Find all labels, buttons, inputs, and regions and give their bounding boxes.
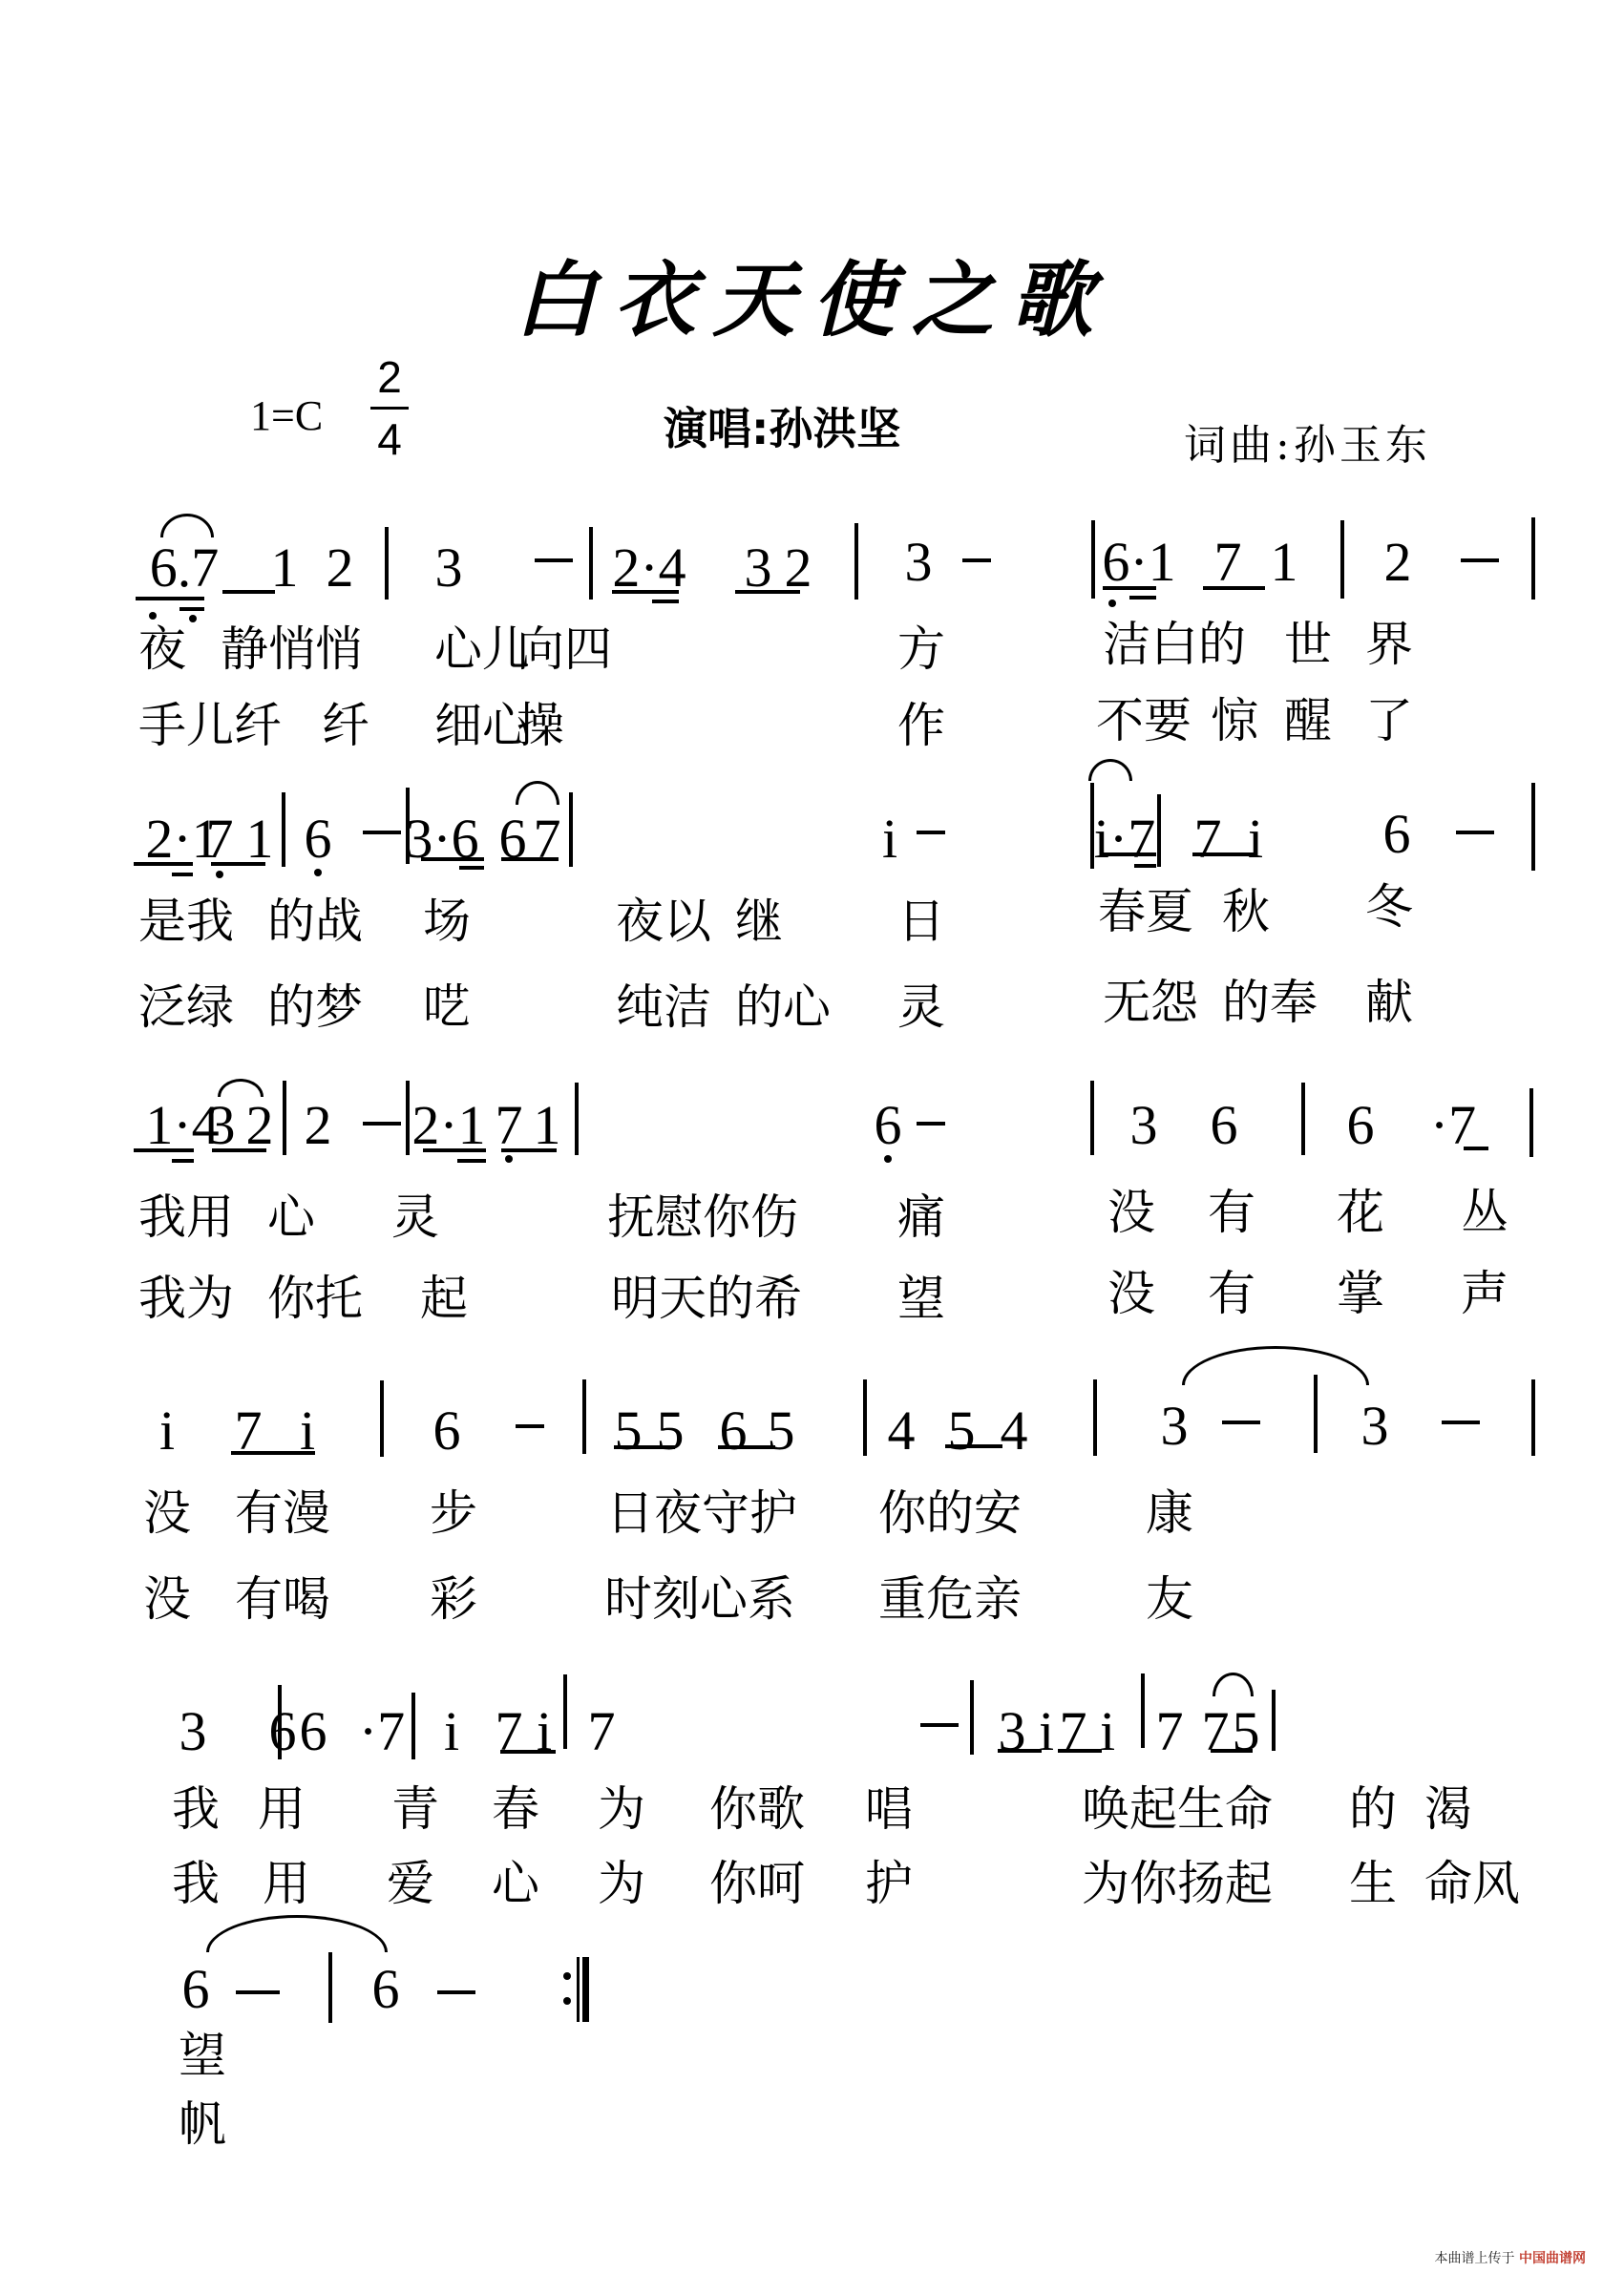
note: 2 <box>327 540 354 596</box>
sheet-music-page: 白衣天使之歌 1=C 2 4 演唱:孙洪坚 词曲:孙玉东 6.7 1 2 3 2… <box>0 0 1624 2273</box>
note: 2 <box>246 1098 274 1153</box>
underline <box>136 597 204 600</box>
low-octave-dot <box>884 1155 892 1163</box>
underline <box>945 1444 1002 1448</box>
lyric: 没 <box>1107 1189 1155 1236</box>
barline <box>1531 783 1535 871</box>
lyric: 心 <box>492 1860 539 1907</box>
underline <box>718 1445 775 1449</box>
lyric: 起 <box>420 1274 468 1322</box>
note: 2 <box>785 540 812 596</box>
barline <box>380 1380 384 1457</box>
note: 3 <box>905 535 933 590</box>
note: 2·4 <box>612 540 685 596</box>
note: 6 <box>269 1704 297 1759</box>
low-octave-dot <box>216 871 223 878</box>
sustain-dash <box>917 831 945 834</box>
sustain-dash <box>437 1990 475 1994</box>
barline <box>1301 1083 1305 1155</box>
lyric: 没 <box>143 1575 191 1623</box>
underline <box>222 590 275 594</box>
note: 3 <box>1361 1399 1389 1454</box>
underline <box>179 607 204 611</box>
underline <box>1203 586 1265 590</box>
note: 6 <box>1347 1098 1375 1153</box>
underline <box>998 1749 1042 1753</box>
lyric: 我用 <box>138 1193 234 1241</box>
lyric: 命风 <box>1424 1860 1520 1907</box>
sustain-dash <box>1461 558 1499 562</box>
barline <box>582 1379 586 1454</box>
lyric: 献 <box>1365 979 1413 1026</box>
lyric: 纤 <box>322 702 369 749</box>
note: 6 <box>720 1403 748 1459</box>
lyric: 作 <box>897 702 945 749</box>
lyric: 的奉 <box>1222 979 1318 1026</box>
barline <box>1141 1673 1145 1748</box>
note: i·7 <box>1094 811 1155 867</box>
note: i <box>1248 811 1263 867</box>
note: 4 <box>1001 1403 1028 1459</box>
note: 7 <box>206 811 234 867</box>
underline <box>1134 864 1156 868</box>
site-brand[interactable]: 中国曲谱网 <box>1519 2251 1586 2266</box>
note: 5 <box>948 1403 976 1459</box>
lyric: 青 <box>391 1785 439 1833</box>
slur-icon <box>1213 1673 1254 1696</box>
lyric: 夜 <box>138 625 186 673</box>
barline <box>411 1693 415 1759</box>
lyric: 泛绿 <box>138 983 234 1031</box>
lyric: 醒 <box>1284 697 1332 745</box>
lyric: 望 <box>179 2031 226 2079</box>
lyric: 春 <box>492 1785 539 1833</box>
barline <box>282 792 285 867</box>
lyric: 我为 <box>138 1274 234 1322</box>
lyric: 方 <box>897 625 945 673</box>
note: i <box>444 1704 459 1759</box>
sustain-dash <box>1442 1421 1480 1424</box>
lyric: 时刻心系 <box>604 1575 795 1623</box>
note: 7 <box>496 1098 523 1153</box>
note: 1 <box>534 1098 561 1153</box>
lyric: 世 <box>1284 621 1332 668</box>
lyric: 彩 <box>430 1575 477 1623</box>
lyric: 渴 <box>1424 1785 1472 1833</box>
lyric: 静悄 <box>221 625 316 673</box>
lyric: 场 <box>423 897 471 945</box>
note: 5 <box>657 1403 685 1459</box>
lyric: 秋 <box>1222 888 1270 936</box>
note: 5 <box>768 1403 795 1459</box>
lyric: 有 <box>1208 1189 1255 1236</box>
lyric: 明天的希 <box>611 1274 802 1322</box>
time-signature-denominator: 4 <box>370 417 409 461</box>
sustain-dash <box>535 558 573 562</box>
underline <box>1101 852 1156 856</box>
lyric: 步 <box>430 1489 477 1537</box>
lyric: 友 <box>1146 1575 1193 1623</box>
underline <box>501 1148 557 1152</box>
note: 6 <box>875 1098 902 1153</box>
lyric: 我 <box>172 1785 220 1833</box>
underline <box>172 1159 194 1163</box>
lyric: 爱 <box>387 1860 434 1907</box>
note: ·7 <box>359 1704 405 1759</box>
lyric: 为 <box>598 1785 645 1833</box>
lyric: 声 <box>1461 1270 1508 1317</box>
underline <box>134 1148 194 1152</box>
lyric: 冬 <box>1365 883 1413 931</box>
underline <box>1211 1749 1253 1753</box>
note: 3 <box>1161 1399 1189 1454</box>
barline <box>1314 1375 1318 1453</box>
note: 1 <box>1271 535 1298 590</box>
sustain-dash <box>363 831 401 834</box>
lyric: 的 <box>1349 1785 1397 1833</box>
underline <box>652 600 679 603</box>
tie-icon <box>206 1915 388 1952</box>
underline <box>500 1750 556 1754</box>
sustain-dash <box>516 1424 544 1428</box>
note: 4 <box>888 1403 916 1459</box>
note: 1 <box>246 811 274 867</box>
note: 3 <box>1130 1098 1158 1153</box>
sustain-dash <box>962 558 991 562</box>
lyric: 心 <box>267 1193 315 1241</box>
sustain-dash <box>917 1122 945 1126</box>
underline <box>421 857 484 861</box>
barline <box>1272 1690 1276 1751</box>
barline <box>854 523 858 600</box>
note: 5 <box>615 1403 643 1459</box>
lyric: 丛 <box>1461 1189 1508 1236</box>
underline <box>457 1159 486 1163</box>
lyric: 了 <box>1365 697 1413 745</box>
lyric: 唱 <box>865 1785 913 1833</box>
lyric: 有 <box>1208 1270 1255 1317</box>
lyric: 纯洁 <box>616 983 711 1031</box>
lyric: 悄 <box>315 625 363 673</box>
underline <box>612 590 679 594</box>
lyric: 惊 <box>1211 697 1258 745</box>
barline <box>278 1685 282 1759</box>
underline <box>1464 1147 1488 1150</box>
barline <box>1091 520 1095 599</box>
lyric: 有喝 <box>235 1575 330 1623</box>
lyric: 用 <box>258 1785 306 1833</box>
lyric: 春夏 <box>1098 888 1193 936</box>
barline <box>1529 1088 1533 1157</box>
note: 3 <box>745 540 772 596</box>
underline <box>423 1148 486 1152</box>
thin-barline <box>577 1957 580 2022</box>
lyric: 我 <box>172 1860 220 1907</box>
lyric: 为你扬起 <box>1082 1860 1273 1907</box>
underline <box>501 857 559 861</box>
lyric: 护 <box>865 1860 913 1907</box>
lyric: 呓 <box>423 983 471 1031</box>
lyric: 日夜守护 <box>606 1489 797 1537</box>
note: 7 <box>1194 811 1222 867</box>
note: 7 <box>1214 535 1242 590</box>
underline <box>231 1451 315 1455</box>
lyric: 抚慰你伤 <box>607 1193 798 1241</box>
lyric: 用 <box>263 1860 310 1907</box>
note: 6 <box>300 1704 327 1759</box>
barline <box>863 1379 867 1456</box>
note: 7 <box>588 1704 616 1759</box>
lyric: 操 <box>517 702 564 749</box>
barline <box>1093 1379 1097 1456</box>
note: i <box>159 1403 175 1459</box>
lyric: 的梦 <box>267 983 363 1031</box>
slur-icon <box>516 781 559 805</box>
underline <box>735 590 800 594</box>
barline <box>406 1081 410 1155</box>
singer-credit: 演唱:孙洪坚 <box>664 394 900 457</box>
underline <box>1129 596 1156 600</box>
lyric: 帆 <box>179 2100 226 2148</box>
low-octave-dot <box>1108 600 1116 607</box>
underline <box>1058 1749 1102 1753</box>
barline <box>1531 517 1535 600</box>
sustain-dash <box>236 1990 280 1994</box>
lyric: 心儿 <box>434 625 530 673</box>
time-signature: 2 4 <box>370 355 409 461</box>
barline <box>563 1674 567 1749</box>
lyric: 夜以 <box>616 897 711 945</box>
slur-icon <box>160 514 214 537</box>
barline <box>589 527 593 600</box>
note: 6 <box>182 1962 210 2017</box>
underline <box>211 862 265 866</box>
time-signature-numerator: 2 <box>370 355 409 399</box>
lyric: 痛 <box>897 1193 945 1241</box>
barline <box>328 1952 332 2023</box>
note: 2·1 <box>411 1098 485 1153</box>
lyric: 的心 <box>735 983 831 1031</box>
note: i <box>882 811 897 867</box>
lyric: 唤起生命 <box>1082 1785 1273 1833</box>
barline <box>1157 794 1161 867</box>
footer-text: 本曲谱上传于 <box>1435 2251 1515 2266</box>
note: 1 <box>271 540 299 596</box>
lyric: 是我 <box>138 897 234 945</box>
lyric: 没 <box>1107 1270 1155 1317</box>
barline <box>970 1680 974 1755</box>
repeat-dot <box>563 1997 571 2005</box>
low-octave-dot <box>149 612 157 620</box>
lyric: 的战 <box>267 897 363 945</box>
sustain-dash <box>1456 831 1494 834</box>
lyric: 不要 <box>1096 697 1192 745</box>
barline <box>283 1081 286 1155</box>
note: 6 <box>305 811 332 867</box>
lyric: 你呵 <box>709 1860 805 1907</box>
barline <box>1340 520 1344 599</box>
lyric: 灵 <box>391 1193 439 1241</box>
note: 3 <box>179 1704 207 1759</box>
barline <box>569 792 573 867</box>
lyric: 掌 <box>1337 1270 1384 1317</box>
underline <box>172 873 193 876</box>
lyric: 你的安 <box>878 1489 1022 1537</box>
tie-icon <box>1182 1346 1369 1385</box>
barline <box>1531 1379 1535 1456</box>
underline <box>1192 852 1255 856</box>
barline <box>575 1083 579 1155</box>
lyric: 向四 <box>517 625 612 673</box>
lyric: 灵 <box>897 983 945 1031</box>
note: 3 <box>435 540 463 596</box>
repeat-dot <box>563 1972 571 1980</box>
lyric: 望 <box>897 1274 945 1322</box>
low-octave-dot <box>314 869 322 876</box>
key-signature: 1=C <box>250 391 323 440</box>
note: 2 <box>305 1098 332 1153</box>
lyric: 日 <box>897 897 945 945</box>
thick-barline <box>582 1957 589 2022</box>
lyric: 继 <box>735 897 783 945</box>
sustain-dash <box>363 1122 401 1126</box>
lyric: 康 <box>1146 1489 1193 1537</box>
note: 6 <box>433 1403 461 1459</box>
song-title: 白衣天使之歌 <box>0 234 1624 352</box>
sustain-dash <box>1222 1421 1260 1424</box>
slur-icon <box>1088 759 1132 781</box>
low-octave-dot <box>189 615 197 622</box>
note: 2 <box>1384 535 1412 590</box>
underline <box>459 866 484 870</box>
end-repeat-barline <box>569 1957 598 2022</box>
lyric: 洁白的 <box>1103 621 1246 668</box>
note: 6 <box>372 1962 400 2017</box>
composer-credit: 词曲:孙玉东 <box>1184 410 1431 472</box>
barline <box>1090 1081 1094 1155</box>
lyric: 花 <box>1337 1189 1384 1236</box>
note: ·7 <box>1430 1098 1476 1153</box>
underline <box>1103 586 1156 590</box>
lyric: 生 <box>1349 1860 1397 1907</box>
note: 7 <box>1156 1704 1184 1759</box>
lyric: 为 <box>598 1860 645 1907</box>
note: 6 <box>1383 807 1411 862</box>
barline <box>385 527 389 600</box>
sustain-dash <box>920 1723 959 1727</box>
lyric: 重危亲 <box>878 1575 1022 1623</box>
underline <box>212 1148 266 1152</box>
note: i <box>1100 1704 1115 1759</box>
lyric: 无怨 <box>1103 979 1198 1026</box>
lyric: 手儿纤 <box>138 702 282 749</box>
fraction-bar <box>370 407 409 410</box>
lyric: 你托 <box>267 1274 363 1322</box>
note: 6 <box>1211 1098 1238 1153</box>
lyric: 没 <box>143 1489 191 1537</box>
upload-credit: 本曲谱上传于 中国曲谱网 <box>1435 2248 1586 2267</box>
low-octave-dot <box>505 1155 513 1163</box>
note: 6·1 <box>1102 535 1175 590</box>
note: 3 <box>208 1098 236 1153</box>
note: 6.7 <box>150 540 220 596</box>
underline <box>614 1445 675 1449</box>
lyric: 你歌 <box>709 1785 805 1833</box>
lyric: 界 <box>1365 621 1413 668</box>
underline <box>134 862 193 866</box>
lyric: 有漫 <box>235 1489 330 1537</box>
lyric: 细心 <box>434 702 530 749</box>
